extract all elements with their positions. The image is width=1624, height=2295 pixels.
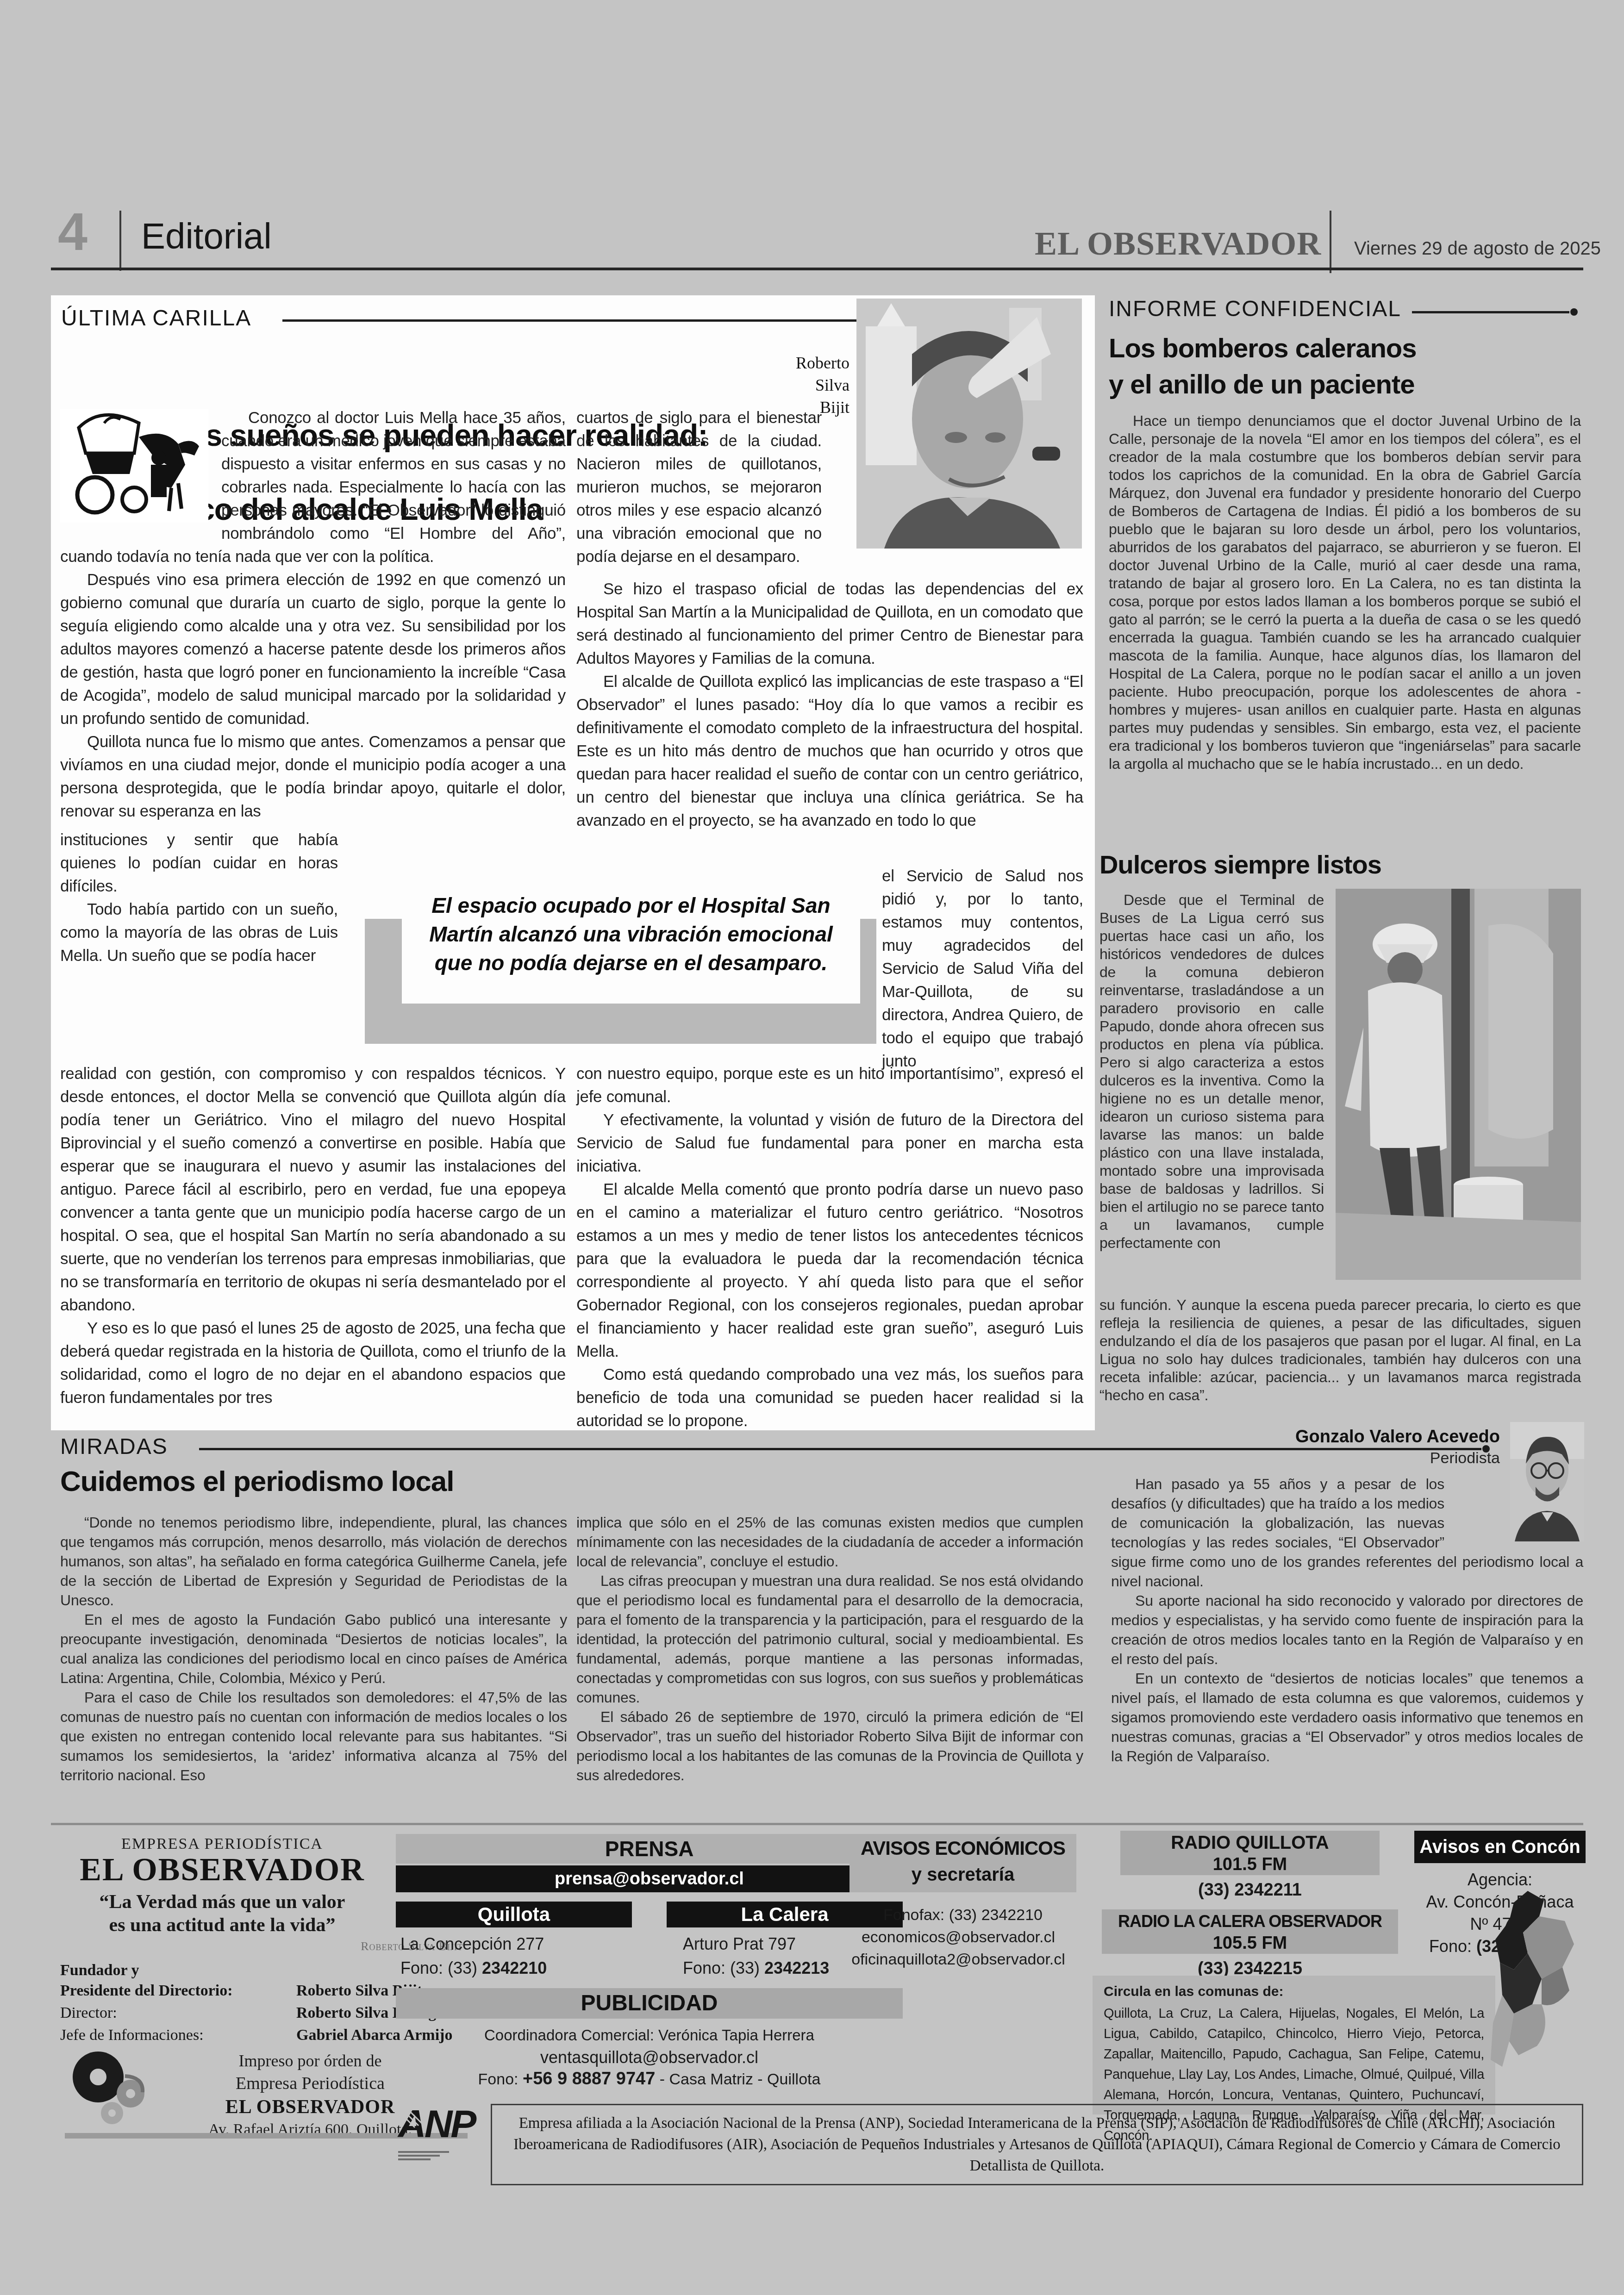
avisos-email1: economicos@observador.cl (829, 1928, 1088, 1946)
ultima-colC: realidad con gestión, con compromiso y c… (60, 1062, 566, 1409)
ultima-colE: el Servicio de Salud nos pidió y, por lo… (882, 865, 1083, 1073)
informe-kicker-dot (1570, 308, 1578, 316)
concon-title-box: Avisos en Concón (1414, 1831, 1586, 1863)
pull-quote: El espacio ocupado por el Hospital San M… (402, 865, 860, 1004)
footer-rule (51, 1823, 1583, 1825)
roberto-silva-portrait-photo (856, 299, 1082, 549)
dulceros-headline: Dulceros siempre listos (1099, 849, 1381, 879)
header-rule (51, 268, 1583, 270)
footer-director-label: Director: (60, 2004, 117, 2022)
carriage-engraving-illustration (60, 409, 208, 523)
radio-calera-box: RADIO LA CALERA OBSERVADOR 105.5 FM (1102, 1909, 1398, 1954)
radio-quillota-phone-number: (33) 2342211 (1198, 1880, 1302, 1900)
ultima-colD: cuartos de siglo para el bienestar de lo… (576, 406, 822, 568)
publicidad-email: ventasquillota@observador.cl (396, 2048, 903, 2067)
concon-title: Avisos en Concón (1419, 1837, 1580, 1857)
publicidad-title-bar: PUBLICIDAD (396, 1988, 903, 2019)
miradas-col3-photo-spacer (1444, 1474, 1583, 1544)
radio-calera-freq: 105.5 FM (1102, 1933, 1398, 1953)
miradas-col1: “Donde no tenemos periodismo libre, inde… (60, 1513, 567, 1785)
informe-headline-line1: Los bomberos caleranos (1109, 334, 1417, 363)
publicidad-phone: Fono: +56 9 8887 9747 - Casa Matriz - Qu… (396, 2069, 903, 2089)
page-number: 4 (58, 201, 87, 262)
radio-quillota-name: RADIO QUILLOTA (1120, 1831, 1380, 1855)
prensa-title-bar: PRENSA (396, 1834, 903, 1864)
publicidad-phone-number: +56 9 8887 9747 (523, 2069, 655, 2089)
informe-headline-line2: y el anillo de un paciente (1109, 370, 1415, 399)
quillota-phone-label: Fono: (33) (400, 1958, 482, 1977)
publicidad-coordinator: Coordinadora Comercial: Verónica Tapia H… (396, 2027, 903, 2044)
ultima-kicker-rule (282, 319, 931, 322)
concon-agency-label: Agencia: (1414, 1870, 1586, 1890)
informe-kicker: INFORME CONFIDENCIAL (1109, 296, 1401, 322)
footer-company-label: EMPRESA PERIODÍSTICA (65, 1835, 380, 1853)
prensa-title: PRENSA (605, 1837, 694, 1861)
calera-office-phone: Fono: (33) 2342213 (683, 1959, 829, 1977)
printing-press-icon (69, 2048, 153, 2127)
miradas-author: Gonzalo Valero Acevedo Periodista (1157, 1426, 1500, 1468)
calera-phone-label: Fono: (33) (683, 1958, 764, 1977)
quillota-phone-number: 2342210 (482, 1958, 547, 1977)
avisos-email2: oficinaquillota2@observador.cl (824, 1951, 1093, 1969)
ultima-colD2: Se hizo el traspaso oficial de todas las… (576, 578, 1083, 832)
publicidad-phone-suffix: - Casa Matriz - Quillota (655, 2070, 820, 2088)
ultima-kicker: ÚLTIMA CARILLA (61, 306, 251, 331)
dulceros-wide: su función. Y aunque la escena pueda par… (1099, 1296, 1581, 1404)
circulation-box: Circula en las comunas de: Quillota, La … (1093, 1976, 1495, 2114)
edition-date: Viernes 29 de agosto de 2025 (1354, 238, 1601, 259)
miradas-col3: Han pasado ya 55 años y a pesar de los d… (1111, 1474, 1583, 1766)
radio-calera-name: RADIO LA CALERA OBSERVADOR (1102, 1909, 1398, 1933)
newspaper-masthead: EL OBSERVADOR (1035, 225, 1321, 263)
quillota-office-phone: Fono: (33) 2342210 (400, 1959, 547, 1977)
footer-news-chief-label: Jefe de Informaciones: (60, 2027, 204, 2044)
affiliation-box: Empresa afiliada a la Asociación Naciona… (491, 2104, 1583, 2185)
footer-founder-label: Fundador y (60, 1962, 139, 1979)
quillota-office-bar: Quillota (396, 1902, 632, 1927)
region-map-graphic (1458, 1889, 1593, 2074)
miradas-headline: Cuidemos el periodismo local (60, 1465, 454, 1498)
ultima-colB: instituciones y sentir que había quienes… (60, 829, 338, 967)
quillota-office-address: La Concepción 277 (400, 1935, 544, 1953)
anp-logo-caption-lines (398, 2149, 449, 2162)
radio-quillota-box: RADIO QUILLOTA 101.5 FM (1120, 1831, 1380, 1875)
miradas-kicker: MIRADAS (60, 1434, 168, 1459)
miradas-author-title: Periodista (1157, 1448, 1500, 1468)
miradas-author-name: Gonzalo Valero Acevedo (1157, 1426, 1500, 1448)
miradas-col2: implica que sólo en el 25% de las comuna… (576, 1513, 1083, 1785)
avisos-fonofax: Fonofax: (33) 2342210 (849, 1906, 1076, 1924)
circulation-title: Circula en las comunas de: (1104, 1984, 1484, 2000)
avisos-title-box: AVISOS ECONÓMICOS y secretaría (849, 1834, 1076, 1892)
ultima-colF: con nuestro equipo, porque este es un hi… (576, 1062, 1083, 1433)
byline-line: Roberto (750, 352, 849, 374)
byline-line: Silva (750, 374, 849, 396)
footer-company-name: EL OBSERVADOR (65, 1852, 380, 1889)
prensa-email-bar: prensa@observador.cl (396, 1865, 903, 1892)
quillota-office-title: Quillota (478, 1903, 550, 1925)
ultima-colA: Conozco al doctor Luis Mella hace 35 año… (60, 406, 566, 823)
calera-office-address: Arturo Prat 797 (683, 1935, 796, 1953)
footer-president-label: Presidente del Directorio: (60, 1982, 233, 2000)
anp-logo-box: ANP (398, 2102, 486, 2178)
publicidad-title: PUBLICIDAD (581, 1991, 718, 2015)
avisos-title-line2: y secretaría (849, 1863, 1076, 1887)
pull-quote-text: El espacio ocupado por el Hospital San M… (402, 891, 860, 977)
informe-body: Hace un tiempo denunciamos que el doctor… (1109, 412, 1581, 773)
section-title: Editorial (141, 215, 272, 257)
publicidad-phone-label: Fono: (478, 2070, 523, 2088)
footer-motto-line2: es una actitud ante la vida” (65, 1914, 380, 1936)
informe-kicker-rule (1412, 311, 1569, 313)
dulceros-col: Desde que el Terminal de Buses de La Lig… (1099, 891, 1324, 1252)
header-divider-left (119, 211, 121, 271)
footer-motto-line1: “La Verdad más que un valor (65, 1891, 380, 1913)
prensa-email: prensa@observador.cl (555, 1869, 744, 1889)
calera-phone-number: 2342213 (764, 1958, 829, 1977)
header-divider-right (1330, 211, 1331, 273)
avisos-title-line1: AVISOS ECONÓMICOS (849, 1834, 1076, 1863)
radio-quillota-freq: 101.5 FM (1120, 1855, 1380, 1874)
dulceros-street-vendor-photo (1336, 889, 1581, 1280)
radio-quillota-phone: (33) 2342211 (1120, 1880, 1380, 1900)
affiliation-text: Empresa afiliada a la Asociación Naciona… (504, 2113, 1570, 2177)
calera-office-title: La Calera (741, 1903, 828, 1925)
